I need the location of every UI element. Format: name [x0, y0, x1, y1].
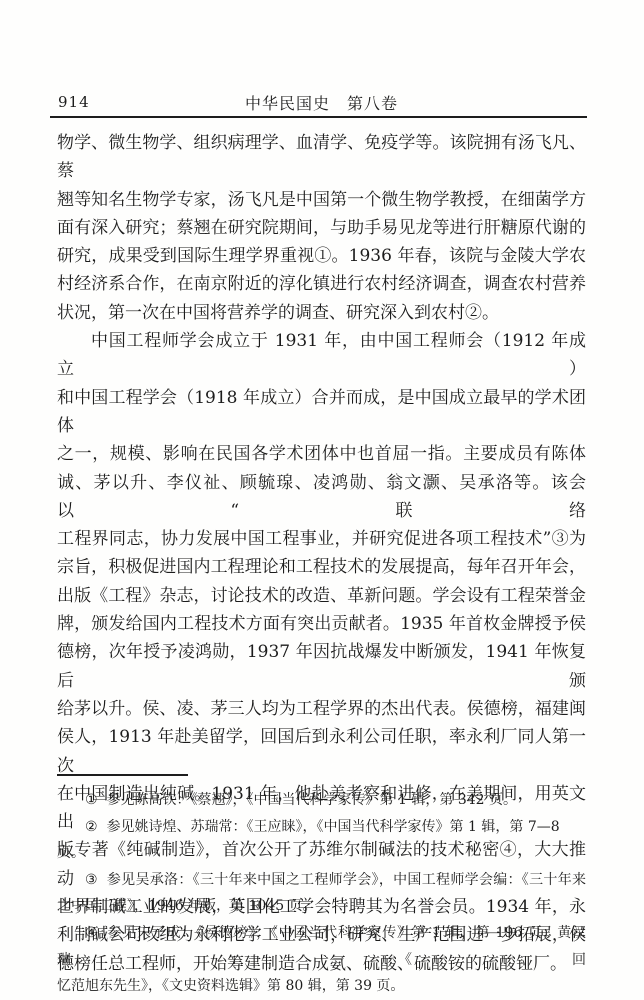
- footnote-marker: ①: [85, 792, 98, 808]
- footnote-marker: ③: [85, 872, 98, 888]
- body-line: 工程界同志，协力发展中国工程事业，并研究促进各项工程技术”③为: [57, 525, 586, 553]
- body-line: 翘等知名生物学专家，汤飞凡是中国第一个微生物学教授，在细菌学方: [57, 186, 586, 214]
- body-line: 研究，成果受到国际生理学界重视①。1936 年春，该院与金陵大学农: [57, 242, 586, 270]
- body-line: 状况，第一次在中国将营养学的调查、研究深入到农村②。: [57, 299, 586, 327]
- body-line: 给茅以升。侯、凌、茅三人均为工程学界的杰出代表。侯德榜，福建闽: [57, 695, 586, 723]
- header-rule: [50, 116, 587, 118]
- running-head-title: 中华民国史 第八卷: [57, 91, 586, 114]
- body-line: 物学、微生物学、组织病理学、血清学、免疫学等。该院拥有汤飞凡、蔡: [57, 129, 586, 186]
- body-line: 面有深入研究；蔡翘在研究院期间，与助手易见龙等进行肝糖原代谢的: [57, 214, 586, 242]
- footnote-line: 忆范旭东先生》，《文史资料选辑》第 80 辑，第 39 页。: [57, 973, 586, 1000]
- footnote-line: 之中国工程》，1946 年版，第 1045 页。: [57, 893, 586, 920]
- footnote-line: ①参见陈高钦：《蔡翘》，《中国当代科学家传》第 1 辑，第 342 页。: [57, 787, 586, 814]
- footnote-line: ③参见吴承洛：《三十年来中国之工程师学会》，中国工程师学会编：《三十年来: [57, 867, 586, 894]
- body-line: 德榜，次年授予凌鸿勋，1937 年因抗战爆发中断颁发，1941 年恢复后颁: [57, 638, 586, 695]
- body-line: 侯人，1913 年赴美留学，回国后到永利公司任职，率永利厂同人第一次: [57, 723, 586, 780]
- body-line: 中国工程师学会成立于 1931 年，由中国工程师会（1912 年成立）: [57, 327, 586, 384]
- footnote-line: ④参见宋子成：《侯德榜》，《中国当代科学家传》第 1 辑，第 196 页；黄汉瑞…: [57, 920, 586, 973]
- footnote-marker: ②: [85, 819, 98, 835]
- body-line: 之一，规模、影响在民国各学术团体中也首屈一指。主要成员有陈体: [57, 440, 586, 468]
- footnote-separator: [57, 774, 188, 776]
- running-head: 914 中华民国史 第八卷: [57, 91, 586, 113]
- footnote-text: 参见宋子成：《侯德榜》，《中国当代科学家传》第 1 辑，第 196 页；黄汉瑞：…: [57, 925, 586, 968]
- body-line: 村经济系合作，在南京附近的淳化镇进行农村经济调查，调查农村营养: [57, 270, 586, 298]
- footnote-text: 参见陈高钦：《蔡翘》，《中国当代科学家传》第 1 辑，第 342 页。: [107, 792, 517, 808]
- body-line: 诚、茅以升、李仪祉、顾毓瑔、凌鸿勋、翁文灏、吴承洛等。该会以“联络: [57, 469, 586, 526]
- footnote-text: 参见吴承洛：《三十年来中国之工程师学会》，中国工程师学会编：《三十年来: [107, 872, 586, 888]
- footnotes: ①参见陈高钦：《蔡翘》，《中国当代科学家传》第 1 辑，第 342 页。②参见姚…: [57, 787, 586, 1000]
- footnote-line: ②参见姚诗煌、苏瑞常：《王应睐》，《中国当代科学家传》第 1 辑，第 7—8 页…: [57, 814, 586, 867]
- body-line: 宗旨，积极促进国内工程理论和工程技术的发展提高，每年召开年会，: [57, 553, 586, 581]
- footnote-marker: ④: [85, 925, 98, 941]
- body-line: 和中国工程学会（1918 年成立）合并而成，是中国成立最早的学术团体: [57, 384, 586, 441]
- body-line: 出版《工程》杂志，讨论技术的改造、革新问题。学会设有工程荣誉金: [57, 582, 586, 610]
- footnote-text: 参见姚诗煌、苏瑞常：《王应睐》，《中国当代科学家传》第 1 辑，第 7—8 页。: [57, 819, 560, 862]
- body-line: 牌，颁发给国内工程技术方面有突出贡献者。1935 年首枚金牌授予侯: [57, 610, 586, 638]
- book-page: 914 中华民国史 第八卷 物学、微生物学、组织病理学、血清学、免疫学等。该院拥…: [0, 0, 644, 1000]
